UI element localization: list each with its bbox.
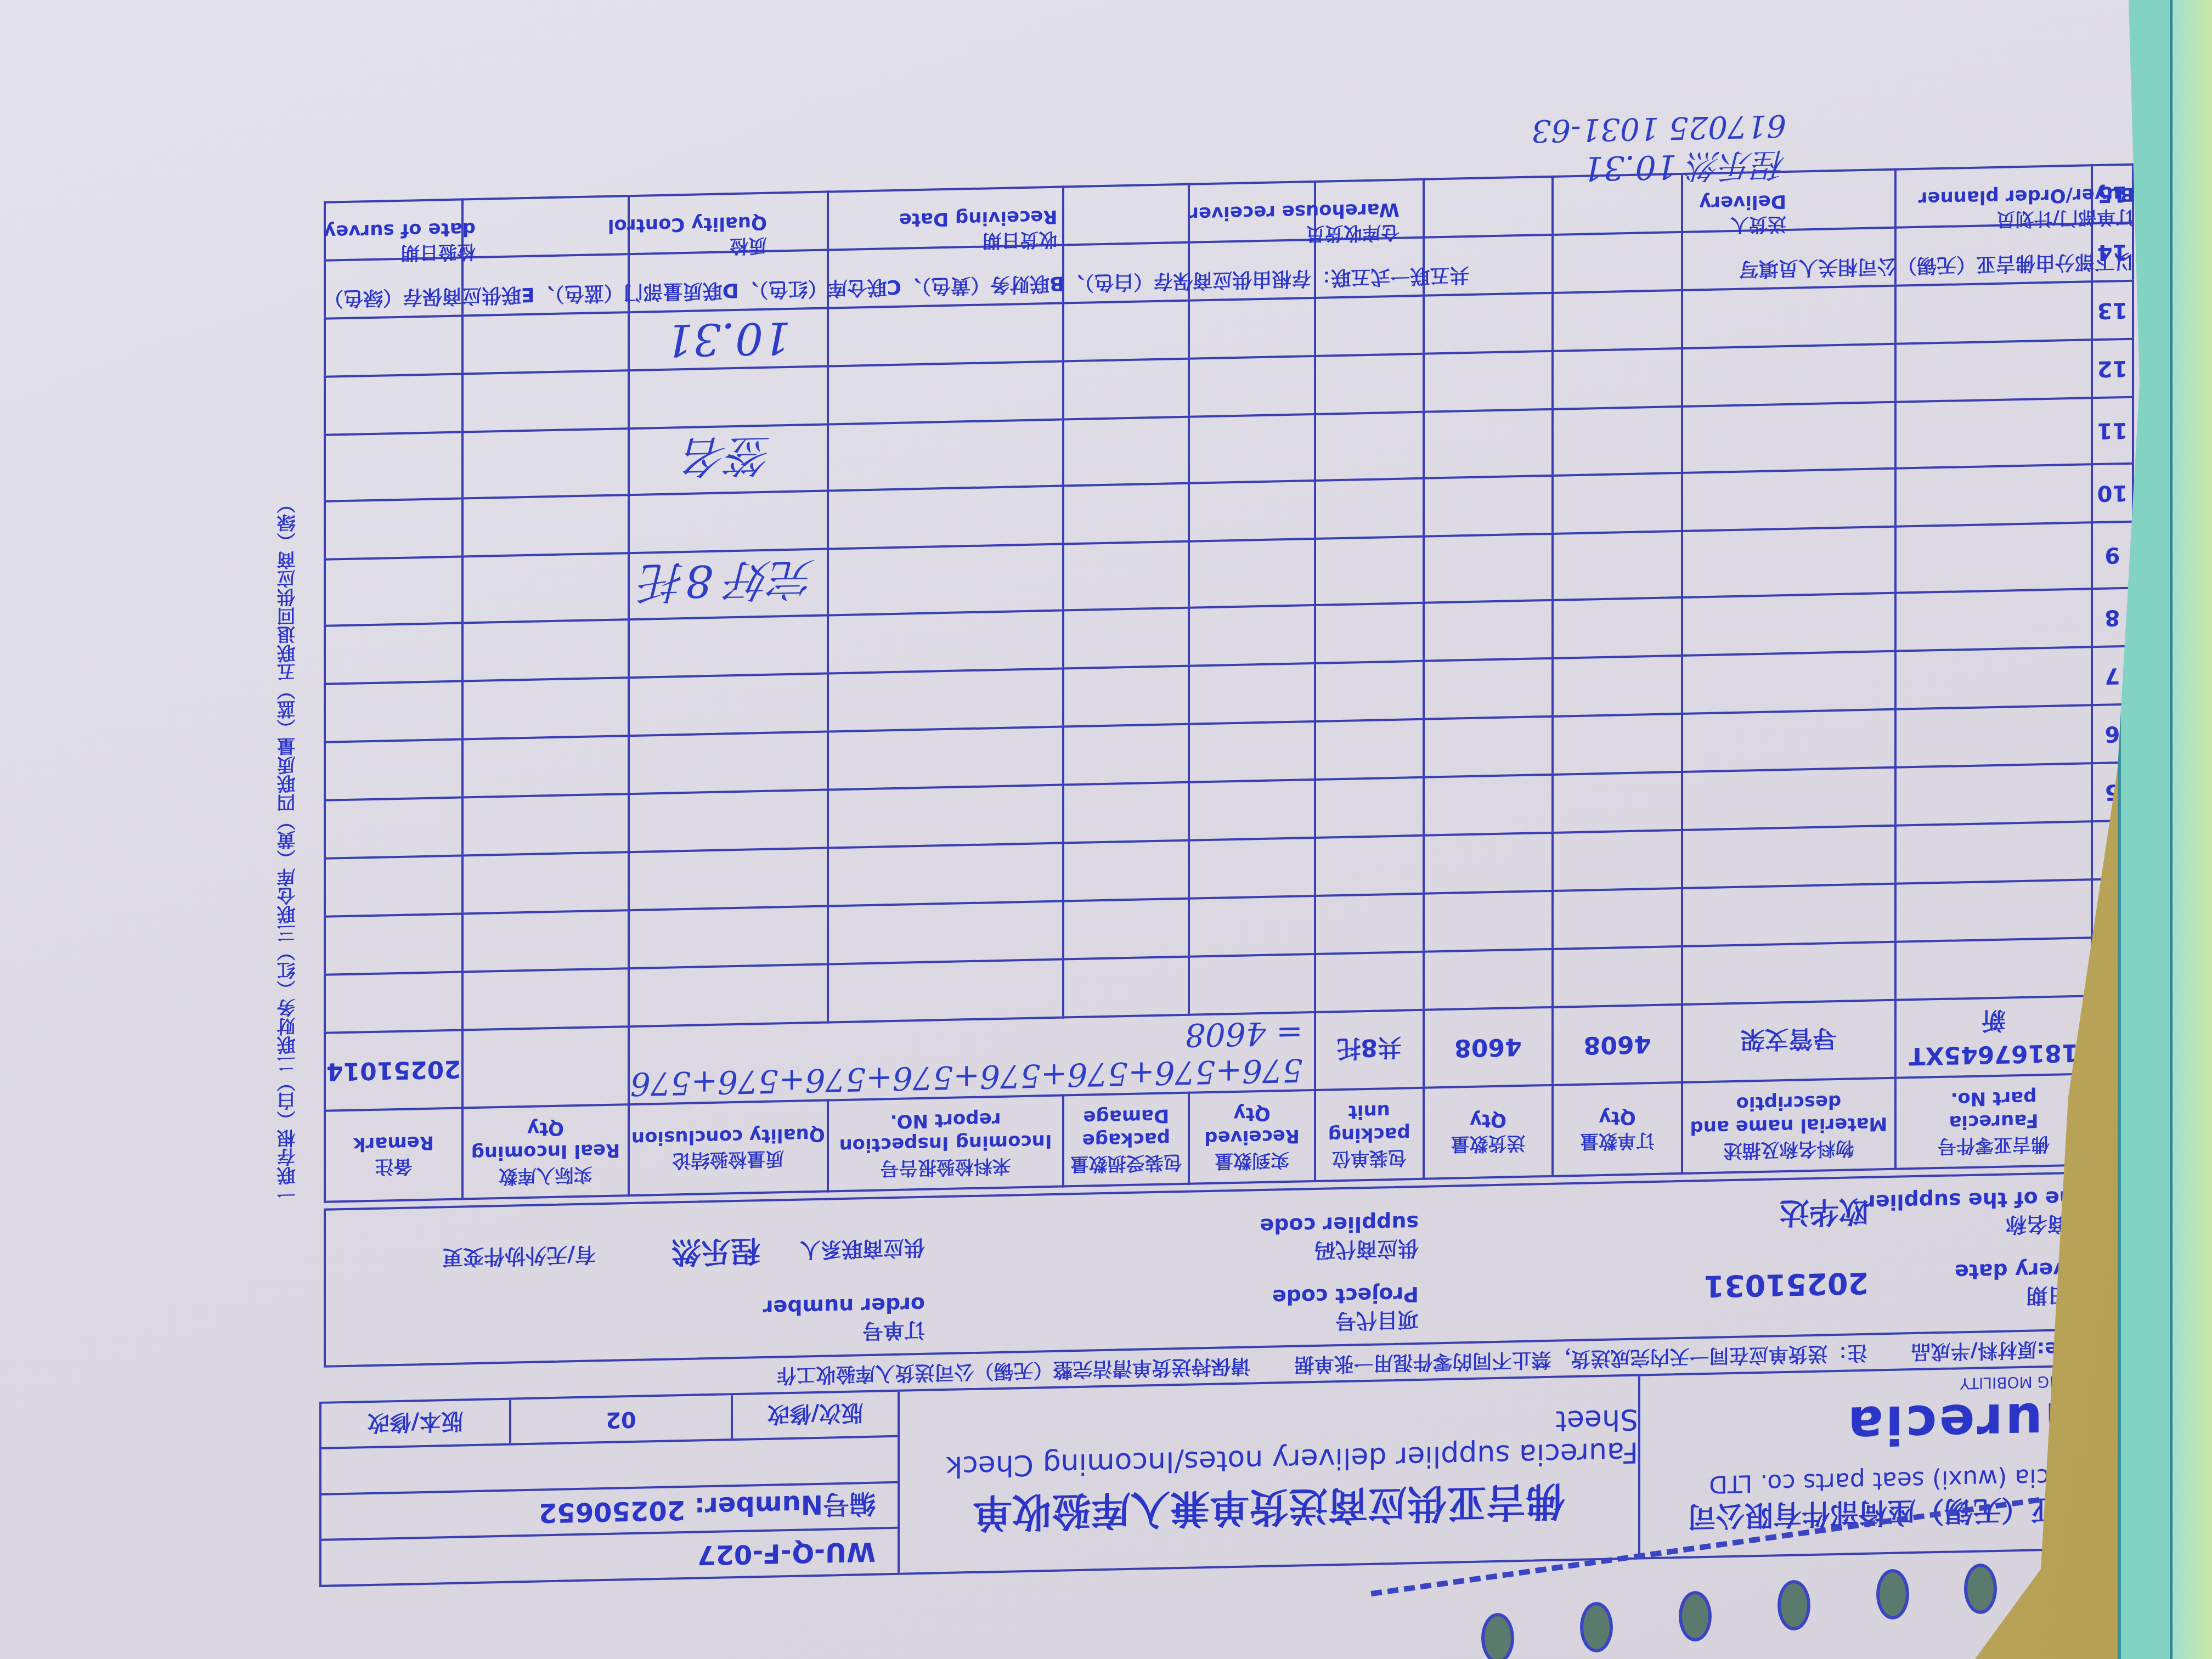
col-order-qty: 订单数量Qty — [1553, 1082, 1682, 1176]
real-incoming-qty-cell — [462, 1026, 629, 1108]
delivery-qty-cell: 4608 — [1424, 1007, 1553, 1088]
number-label: 编号Number: — [695, 1487, 876, 1528]
material-cell: 导管支架 — [1682, 1000, 1895, 1082]
col-package-damage: 包装受损数量package Damage — [1063, 1093, 1189, 1187]
row-number: 12 — [2092, 339, 2133, 398]
delivery-info-block: 送货日期 delivery date 20251031 供应商名称 name o… — [324, 1171, 2134, 1368]
remark-cell: 20251014 — [325, 1030, 462, 1110]
company-name-en: Faurecia (wuxi) seat parts co. LTD — [1657, 1462, 2115, 1499]
order-number-label-cn: 订单号 — [763, 1317, 925, 1345]
revision-value: 02 — [509, 1395, 731, 1443]
project-code-label: 项目代号 Project code — [1272, 1282, 1419, 1335]
order-number-label: 订单号 order number — [763, 1292, 925, 1345]
outsourced-change-label: 有/无外协件变更 — [442, 1242, 596, 1269]
handwritten-signature: 签名 — [629, 425, 828, 495]
col-material: 物料名称及描述Material name and descriptio — [1682, 1078, 1895, 1173]
col-remark: 备注Remark — [325, 1108, 462, 1201]
order-qty-cell: 4608 — [1553, 1005, 1682, 1085]
col-inspection-report: 来料检验报告号Incoming Inspection report NO. — [828, 1096, 1064, 1192]
col-quality-conclusion: 质量检验结论Quality conclusion — [629, 1101, 828, 1196]
type-label: 类型type:原材料/半成品 — [1911, 1335, 2134, 1368]
title-block: 佛吉亚供应商送货单兼入库验收单 Faurecia supplier delive… — [898, 1376, 1638, 1573]
supplier-code-label-en: supplier code — [1260, 1210, 1419, 1239]
supplier-code-label: 供应商代码 supplier code — [1260, 1210, 1419, 1263]
copy-distribution-side-note: 一联存根（白）二联财务（红）三联仓库（黄）四联质量（蓝）五联退回供应商（绿） — [274, 270, 307, 1204]
incoming-items-table: 序号No. 佛吉亚零件号Faureciapart No. 物料名称及描述Mate… — [324, 163, 2134, 1203]
col-delivery-qty: 送货数量Qty — [1424, 1085, 1553, 1179]
supplier-name-label-cn: 供应商名称 — [1865, 1210, 2110, 1240]
supplier-name-label-en: name of the supplier — [1865, 1184, 2110, 1215]
row-number: 10 — [2092, 464, 2133, 523]
faurecia-logo: Faurecia — [1657, 1389, 2115, 1460]
handwritten-quality-note: 完好 8托 — [629, 549, 828, 620]
handwritten-date: 10.31 — [629, 308, 828, 371]
part-number-cell: 18167645XT新 — [1895, 996, 2092, 1077]
binding-hole — [1580, 1602, 1613, 1652]
delivery-handwritten-signature: 程乐然 10.31 — [1583, 143, 1786, 195]
delivery-date-label: 送货日期 delivery date — [1955, 1256, 2110, 1309]
col-received-qty: 实到数量Received Qty — [1189, 1090, 1314, 1184]
form-header: 佛吉亚（无锡）座椅部件有限公司 Faurecia (wuxi) seat par… — [319, 1364, 2134, 1587]
delivery-date-label-en: delivery date — [1955, 1256, 2110, 1284]
signature-delivery: 送货人Delivery 程乐然 10.31 617025 1031-63 — [1532, 108, 1786, 245]
signature-warehouse: 仓库收货员Warehouse receiver — [1189, 116, 1400, 252]
form-code: WU-Q-F-027 — [697, 1536, 876, 1571]
packing-unit-cell: 共8托 — [1315, 1010, 1424, 1090]
edition-label: 版本/修改 — [321, 1400, 509, 1448]
delivery-date-value: 20251031 — [1703, 1266, 1869, 1304]
col-packing-unit: 包装单位packing unit — [1315, 1088, 1424, 1181]
form-title-cn: 佛吉亚供应商送货单兼入库验收单 — [973, 1475, 1565, 1545]
contact-value: 程乐然 — [672, 1232, 760, 1276]
project-code-label-cn: 项目代号 — [1272, 1306, 1419, 1334]
received-qty-handwritten: 576+576+576+576+576+576+576+576 = 4608 — [629, 1012, 1315, 1104]
delivery-date-label-cn: 送货日期 — [1955, 1281, 2110, 1310]
binding-hole — [1876, 1569, 1909, 1620]
signature-buyer: 订单部门/计划员Buyer/Order planner — [1918, 100, 2134, 236]
supplier-name-label: 供应商名称 name of the supplier — [1865, 1184, 2110, 1240]
paper-sheet: 佛吉亚（无锡）座椅部件有限公司 Faurecia (wuxi) seat par… — [0, 0, 2140, 1659]
form-meta-block: WU-Q-F-027 编号Number: 20250652 版次/修改 02 版… — [321, 1392, 898, 1585]
delivery-handwritten-extra: 617025 1031-63 — [1532, 108, 1786, 149]
revision-label: 版次/修改 — [731, 1392, 898, 1439]
signature-survey-date: 检验日期date of survey — [324, 135, 476, 270]
binding-hole — [1481, 1613, 1514, 1659]
supplier-code-label-cn: 供应商代码 — [1260, 1235, 1419, 1263]
col-real-incoming-qty: 实际入库数Real Incoming Qty — [462, 1104, 629, 1199]
order-number-label-en: order number — [763, 1292, 925, 1321]
binding-hole — [1778, 1580, 1810, 1630]
signature-receiving-date: 收货日期Receiving Date — [899, 123, 1058, 258]
binding-hole — [1964, 1564, 1997, 1614]
binding-hole — [1679, 1591, 1712, 1641]
delivery-check-sheet-form: 佛吉亚（无锡）座椅部件有限公司 Faurecia (wuxi) seat par… — [208, 265, 2156, 1611]
row-number: 13 — [2092, 281, 2133, 340]
supplier-name-value: 欧华达 — [1780, 1192, 1869, 1236]
row-number: 11 — [2092, 397, 2133, 465]
row-number: 9 — [2092, 522, 2133, 589]
contact-label: 供应商联系人 — [800, 1234, 925, 1262]
number-value: 20250652 — [539, 1494, 685, 1528]
project-code-label-en: Project code — [1272, 1282, 1419, 1310]
form-title-en: Faurecia supplier delivery notes/Incomin… — [900, 1403, 1638, 1484]
col-part-no: 佛吉亚零件号Faureciapart No. — [1895, 1074, 2092, 1169]
signature-quality: 质检Quality Control — [608, 129, 767, 264]
